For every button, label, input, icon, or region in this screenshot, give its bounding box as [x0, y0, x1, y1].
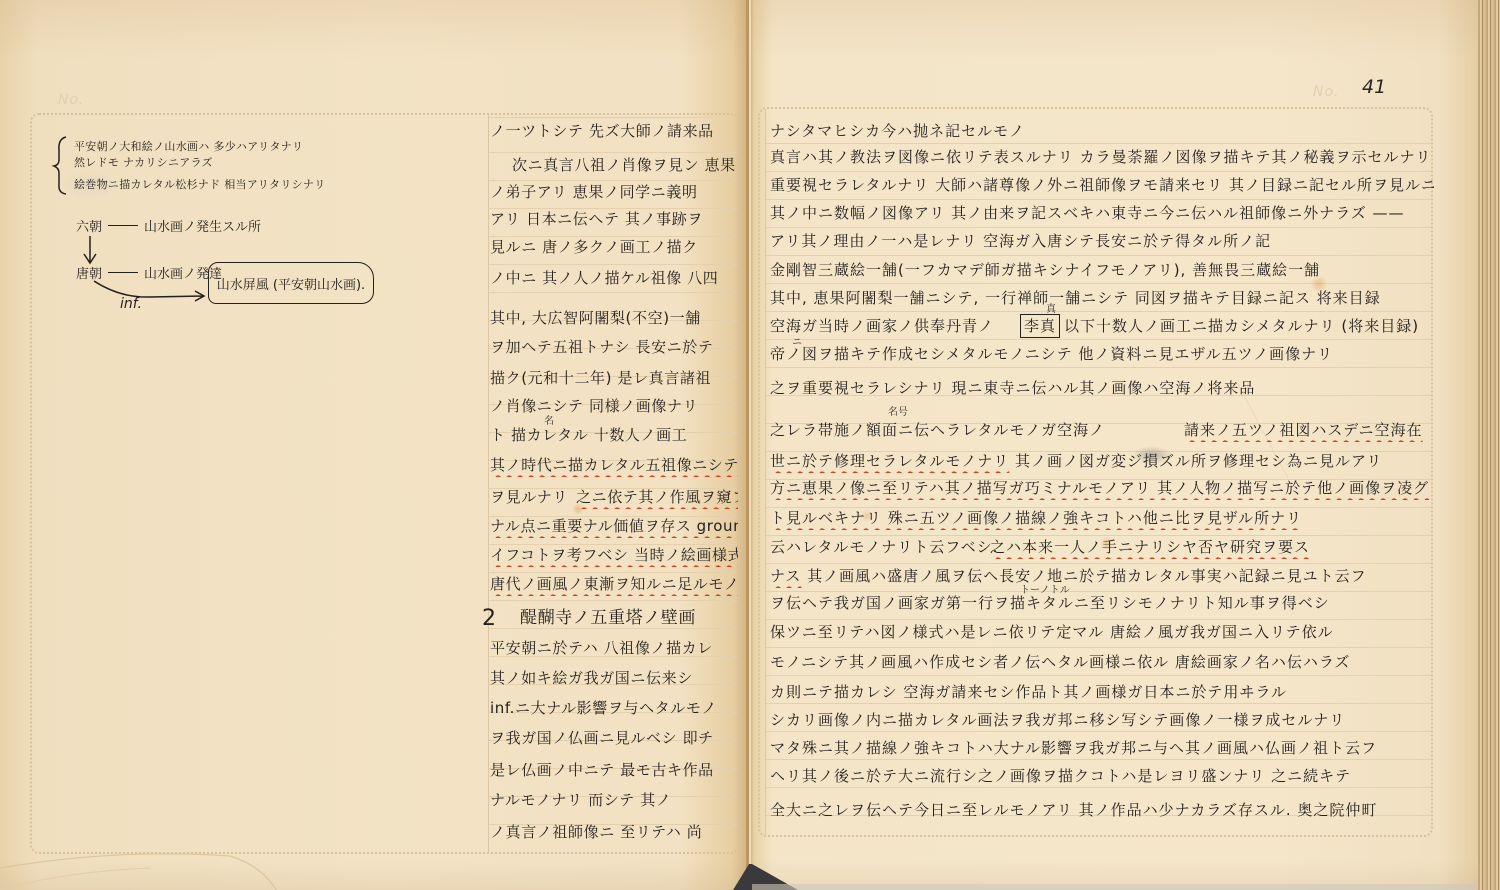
handwritten-line: 見ルニ 唐ノ多クノ画工ノ描ク	[490, 235, 738, 259]
handwritten-line: ト 描カレタル 十数人ノ画工	[490, 423, 738, 447]
handwritten-line: ノ真言ノ祖師像ニ 至リテハ 尚	[490, 820, 738, 844]
handwritten-line: ナス 其ノ画風ハ盛唐ノ風ヲ伝ヘ長安ノ地ニ於テ描カレタル事実ハ記録ニ見ユト云フ	[770, 564, 1434, 588]
red-underlined-text: イフコトヲ考フベシ 当時ノ絵画様式ト	[490, 546, 738, 564]
handwritten-line: 重要視セラレタルナリ 大師ハ諸尊像ノ外ニ祖師像ヲモ請来セリ 其ノ目録ニ記セル所ヲ…	[770, 173, 1434, 197]
handwritten-line: 平安朝ニ於テハ 八祖像ノ描カレ	[490, 636, 738, 660]
handwritten-line: ナシタマヒシカ今ハ抛ネ記セルモノ	[770, 119, 1434, 143]
red-underlined-text: 之ハ本来一人ノ手ニナリシヤ否ヤ研究ヲ要ス	[990, 538, 1310, 556]
handwritten-line: ヲ加ヘテ五祖トナシ 長安ニ於テ	[490, 335, 738, 359]
handwritten-line: 是レ仏画ノ中ニテ 最モ古キ作品	[490, 758, 738, 782]
handwritten-line: 其ノ如キ絵ガ我ガ国ニ伝来シ	[490, 666, 738, 690]
red-underlined-text: 方ニ恵果ノ像ニ至リテハ其ノ描写ガ巧ミナルモノアリ 其ノ人物ノ描写ニ於テ他ノ画像ヲ…	[770, 479, 1429, 497]
red-underlined-text: ナス	[770, 567, 801, 585]
handwritten-line: 次ニ真言八祖ノ肖像ヲ見ン 恵果	[512, 153, 738, 177]
line-text: ヲ見ルナリ	[490, 485, 576, 509]
red-underlined-text: 唐代ノ画風ノ東漸ヲ知ルニ足ルモノナリ	[490, 575, 738, 593]
handwritten-line: ノ肖像ニシテ 同様ノ画像ナリ	[490, 394, 738, 418]
red-underlined-text: 世ニ於テ修理セラレタルモノナリ	[770, 452, 1009, 470]
handwritten-line: 之レラ帯施ノ額面ニ伝ヘラレタルモノガ空海ノ請来ノ五ツノ祖図ハスデニ空海在	[770, 418, 1434, 442]
influence-label: inf.	[120, 296, 142, 312]
interlinear-annotation: 真	[1046, 300, 1056, 315]
handwritten-line: 其ノ中ニ数幅ノ図像アリ 其ノ由来ヲ記スベキハ東寺ニ今ニ伝ハル祖師像ニ外ナラズ —…	[770, 201, 1434, 225]
handwritten-line: ヲ我ガ国ノ仏画ニ見ルベシ 即チ	[490, 726, 738, 750]
handwritten-line: ヘリ其ノ後ニ於テ大ニ流行シ之ノ画像ヲ描クコトハ是レヨリ盛ンナリ 之ニ続キテ	[770, 764, 1434, 788]
interlinear-annotation: 名号	[888, 403, 908, 418]
line-text: 空海ガ当時ノ画家ノ供奉丹青ノ	[770, 314, 1016, 338]
line-text: 以下十数人ノ画工ニ描カシメタルナリ (将来目録)	[1064, 317, 1419, 335]
red-underlined-text: ナル点ニ重要ナル価値ヲ存ス ground	[490, 517, 738, 535]
handwritten-line: モノニシテ其ノ画風ハ作成セシ者ノ伝ヘタル画様ニ依ル 唐絵画家ノ名ハ伝ハラズ	[770, 650, 1434, 674]
handwritten-line: カ則ニテ描カレシ 空海ガ請来セシ作品ト其ノ画様ガ日本ニ於テ用ヰラル	[770, 680, 1434, 704]
handwritten-line: 全大ニ之レヲ伝ヘテ今日ニ至レルモノアリ 其ノ作品ハ少ナカラズ存スル. 奥之院仲町	[770, 798, 1434, 822]
handwritten-line: 其中, 大広智阿闍梨(不空)一舗	[490, 306, 738, 330]
red-underlined-text: 之ニ依テ其ノ作風ヲ窺フ	[576, 488, 738, 506]
handwritten-line: アリ 日本ニ伝ヘテ 其ノ事跡ヲ	[490, 207, 738, 231]
notebook-spread: No. No. 41 平安朝ノ大和絵ノ山水画ハ 多少ハアリタナリ 然レドモ ナカ…	[0, 0, 1500, 890]
handwritten-line: ノ一ツトシテ 先ズ大師ノ請来品	[490, 119, 738, 143]
handwritten-line: シカリ画像ノ内ニ描カレタル画法ヲ我ガ邦ニ移シ写シテ画像ノ一様ヲ成セルナリ	[770, 708, 1434, 732]
handwritten-line: 其ノ時代ニ描カレタル五祖像ニシテ 墨	[490, 453, 738, 477]
handwritten-line: 保ツニ至リテハ図ノ様式ハ是レニ依リテ定マル 唐絵ノ風ガ我ガ国ニ入リテ依ル	[770, 620, 1434, 644]
handwritten-line: 描ク(元和十二年) 是レ真言諸祖	[490, 366, 738, 390]
handwritten-line: 唐代ノ画風ノ東漸ヲ知ルニ足ルモノナリ	[490, 572, 738, 596]
handwritten-line: イフコトヲ考フベシ 当時ノ絵画様式ト	[490, 543, 738, 567]
handwritten-line: ヲ見ルナリ之ニ依テ其ノ作風ヲ窺フ	[490, 485, 738, 509]
handwritten-line: ノ弟子アリ 恵果ノ同学ニ義明	[490, 180, 738, 204]
handwritten-line: 空海ガ当時ノ画家ノ供奉丹青ノ李真以下十数人ノ画工ニ描カシメタルナリ (将来目録)	[770, 314, 1434, 338]
line-text: 云ハレタルモノナリト云フベシ.	[770, 535, 990, 559]
handwritten-line: ノ中ニ 其ノ人ノ描ケル祖像 八四	[490, 266, 738, 290]
line-text: 之レラ帯施ノ額面ニ伝ヘラレタルモノガ空海ノ	[770, 418, 1184, 442]
handwritten-line: 金剛智三蔵絵一舗(一フカマデ師ガ描キシナイフモノアリ), 善無畏三蔵絵一舗	[770, 258, 1434, 282]
handwritten-line: ナルモノナリ 而シテ 其ノ	[490, 788, 738, 812]
section-number: 2	[482, 607, 496, 631]
red-underlined-text: 其ノ時代ニ描カレタル五祖像ニシテ 墨	[490, 456, 738, 474]
handwritten-line: アリ其ノ理由ノ一ハ是レナリ 空海ガ入唐シテ長安ニ於テ得タル所ノ記	[770, 229, 1434, 253]
line-text: 其ノ画風ハ盛唐ノ風ヲ伝ヘ長安ノ地ニ於テ描カレタル事実ハ記録ニ見ユト云フ	[801, 567, 1366, 585]
handwritten-line: 世ニ於テ修理セラレタルモノナリ 其ノ画ノ図ガ変ジ損ズル所ヲ修理セシ為ニ見ルアリ	[770, 449, 1434, 473]
handwritten-line: 其中, 恵果阿闍梨一舗ニシテ, 一行禅師一舗ニシテ 同図ヲ描キテ目録ニ記ス 将来…	[770, 286, 1434, 310]
handwritten-line: ト見ルベキナリ 殊ニ五ツノ画像ノ描線ノ強キコトハ他ニ比ヲ見ザル所ナリ	[770, 506, 1434, 530]
handwritten-line: ナル点ニ重要ナル価値ヲ存ス ground	[490, 514, 738, 538]
result-box: 山水屏風 (平安朝山水画).	[208, 262, 374, 304]
handwritten-line: 真言ハ其ノ教法ヲ図像ニ依リテ表スルナリ カラ曼荼羅ノ図像ヲ描キテ其ノ秘義ヲ示セル…	[770, 145, 1434, 169]
handwritten-line: ヲ伝ヘテ我ガ国ノ画家ガ第一行ヲ描キタルニ至リシモノナリト知ル事ヲ得ベシ	[770, 591, 1434, 615]
handwritten-line: 之ヲ重要視セラレシナリ 現ニ東寺ニ伝ハル其ノ画像ハ空海ノ将来品	[770, 376, 1434, 400]
boxed-word: 李真	[1020, 314, 1060, 338]
handwritten-line: マタ殊ニ其ノ描線ノ強キコトハ大ナル影響ヲ我ガ邦ニ与ヘ其ノ画風ハ仏画ノ祖ト云フ	[770, 736, 1434, 760]
line-text: 其ノ画ノ図ガ変ジ損ズル所ヲ修理セシ為ニ見ルアリ	[1009, 452, 1382, 470]
handwritten-line: 云ハレタルモノナリト云フベシ.之ハ本来一人ノ手ニナリシヤ否ヤ研究ヲ要ス	[770, 535, 1434, 559]
handwritten-line: 帝ノ図ヲ描キテ作成セシメタルモノニシテ 他ノ資料ニ見エザル五ツノ画像ナリ	[770, 342, 1434, 366]
handwritten-line: 方ニ恵果ノ像ニ至リテハ其ノ描写ガ巧ミナルモノアリ 其ノ人物ノ描写ニ於テ他ノ画像ヲ…	[770, 476, 1434, 500]
result-box-text: 山水屏風 (平安朝山水画).	[217, 274, 365, 293]
section-heading: 醍醐寺ノ五重塔ノ壁画	[520, 606, 738, 630]
handwritten-line: inf.ニ大ナル影響ヲ与ヘタルモノ	[490, 696, 738, 720]
red-underlined-text: 請来ノ五ツノ祖図ハスデニ空海在	[1184, 421, 1423, 439]
red-underlined-text: ト見ルベキナリ 殊ニ五ツノ画像ノ描線ノ強キコトハ他ニ比ヲ見ザル所ナリ	[770, 509, 1302, 527]
